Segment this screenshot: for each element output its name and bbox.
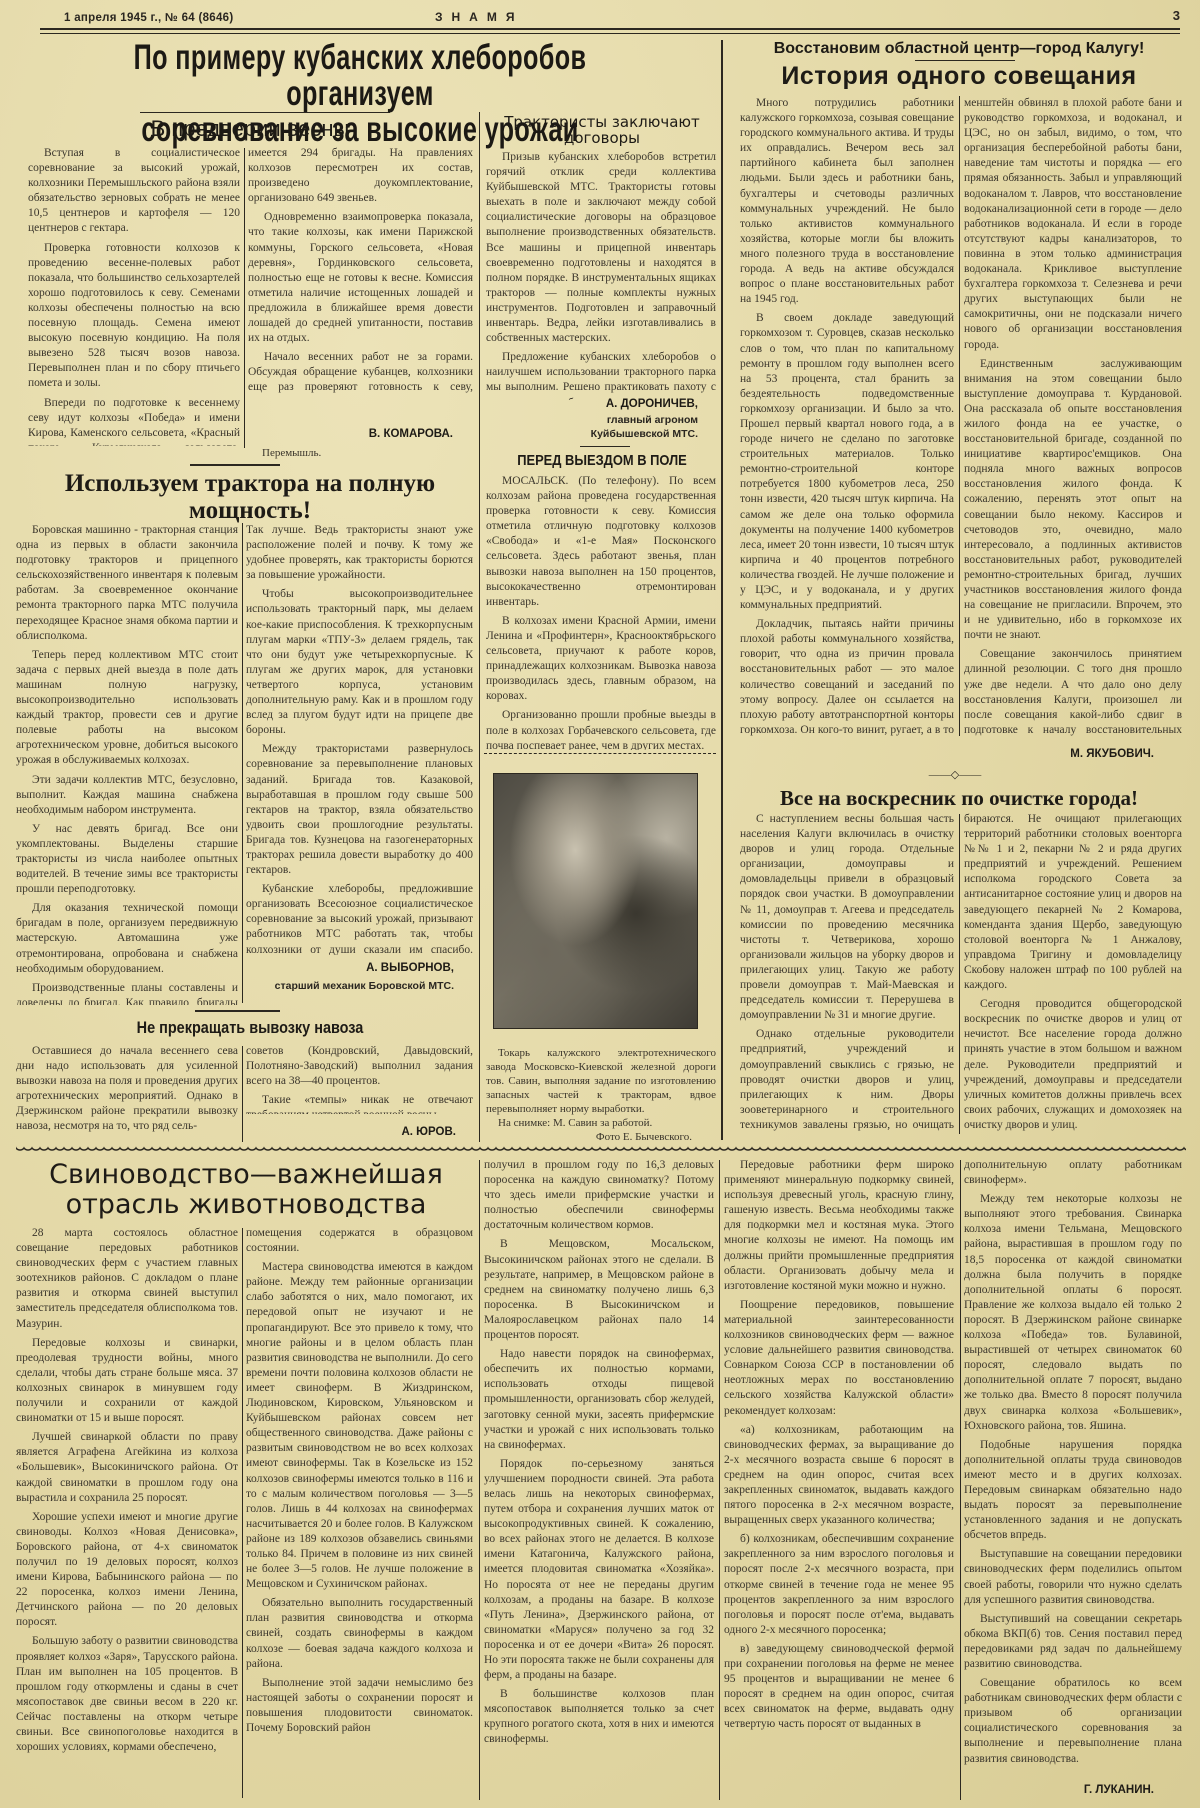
article-tractors-title-line1: Используем трактора на полную — [20, 470, 480, 497]
ornament-separator: ——◇—— — [890, 770, 1020, 780]
photo-lathe-operator — [493, 773, 698, 1029]
article-before-field-title: ПЕРЕД ВЫЕЗДОМ В ПОЛЕ — [501, 452, 704, 469]
paragraph: Мастера свиноводства имеются в каждом ра… — [246, 1260, 473, 1592]
article-tractorists-title: Трактористы заключают договоры — [484, 114, 720, 146]
paragraph: имеется 294 бригады. На правлениях колхо… — [248, 146, 473, 206]
photo-caption: Токарь калужского электротехнического за… — [486, 1046, 716, 1144]
paragraph: Между трактористами развернулось соревно… — [246, 742, 473, 878]
paragraph: Много потрудились работники калужского г… — [740, 96, 954, 307]
paragraph: У нас девять бригад. Все они укомплектов… — [16, 822, 238, 897]
article-cleanup-title: Все на воскресник по очистке города! — [724, 786, 1194, 811]
column-divider — [479, 1160, 480, 1800]
article-cleanup-col1: С наступлением весны большая часть насел… — [740, 812, 954, 1136]
column-divider — [244, 148, 245, 448]
article-kaluga-col1: Много потрудились работники калужского г… — [740, 96, 954, 736]
column-divider — [960, 1160, 961, 1800]
article-manure-col2: советов (Кондровский, Давыдовский, Полот… — [246, 1044, 473, 1114]
article-kaluga-title: История одного совещания — [724, 62, 1194, 91]
paragraph: Эти задачи коллектив МТС, безусловно, вы… — [16, 773, 238, 818]
article-spring-title: В предверии весны — [20, 116, 480, 142]
paragraph: Выступивший на совещании секретарь обком… — [964, 1612, 1182, 1672]
paragraph: В большинстве колхозов план мясопоставок… — [484, 1687, 714, 1747]
article-kaluga-col2: менштейн обвинял в плохой работе бани и … — [964, 96, 1182, 736]
article-tractorists-signature-title2: Куйбышевской МТС. — [486, 428, 698, 440]
paragraph: Надо навести порядок на свинофермах, обе… — [484, 1347, 714, 1453]
article-kaluga-signature: М. ЯКУБОВИЧ. — [964, 748, 1154, 760]
article-pigs-title-line2: отрасль животноводства — [16, 1190, 476, 1220]
paragraph: Такие «темпы» никак не отвечают требован… — [246, 1093, 473, 1114]
paragraph: Предложение кубанских хлеборобов о наилу… — [486, 350, 716, 400]
separator — [484, 753, 716, 754]
paragraph: Организованно прошли пробные выезды в по… — [486, 708, 716, 750]
article-spring-place: Перемышль. — [262, 447, 321, 459]
article-tractors-title: Используем трактора на полную мощность! — [20, 470, 480, 524]
masthead: 1 апреля 1945 г., № 64 (8646) ЗНАМЯ 3 — [40, 6, 1180, 28]
article-pigs-col4: Передовые работники ферм широко применяю… — [724, 1158, 954, 1808]
paragraph: Докладчик, пытаясь найти причины плохой … — [740, 617, 954, 736]
paragraph: Впереди по подготовке к весеннему севу и… — [28, 396, 240, 447]
article-kaluga-kicker: Восстановим областной центр—город Калугу… — [724, 40, 1194, 58]
paragraph: Чтобы высокопроизводительнее использоват… — [246, 587, 473, 738]
paragraph: Так лучше. Ведь трактористы знают уже ра… — [246, 523, 473, 583]
column-divider — [242, 1046, 243, 1142]
article-pigs-col5: дополнительную оплату работникам свинофе… — [964, 1158, 1182, 1774]
column-divider — [242, 523, 243, 1003]
article-tractorists-signature-title1: главный агроном — [486, 414, 698, 426]
article-tractors-signature: А. ВЫБОРНОВ, — [246, 962, 454, 974]
paragraph: В своем докладе заведующий горкомхозом т… — [740, 311, 954, 613]
separator — [195, 1010, 280, 1012]
column-divider — [959, 96, 960, 736]
column-divider — [721, 40, 723, 1140]
article-tractors-col2: Так лучше. Ведь трактористы знают уже ра… — [246, 523, 473, 955]
paragraph: в) заведующему свиноводческой фермой при… — [724, 1642, 954, 1733]
paragraph: получил в прошлом году по 16,3 деловых п… — [484, 1158, 714, 1233]
separator — [580, 446, 630, 447]
paragraph: Передовые работники ферм широко применяю… — [724, 1158, 954, 1294]
paragraph: Однако отдельные руководители предприяти… — [740, 1027, 954, 1136]
paragraph: Сегодня проводится общегородской воскрес… — [964, 997, 1182, 1133]
paragraph: Единственным заслуживающим внимания на э… — [964, 357, 1182, 644]
column-divider — [479, 112, 480, 1142]
paragraph: Хорошие успехи имеют и многие другие сви… — [16, 1510, 238, 1631]
paragraph: Проверка готовности колхозов к проведени… — [28, 241, 240, 392]
paragraph: Теперь перед коллективом МТС стоит задач… — [16, 648, 238, 769]
photo-credit: Фото Е. Бычевского. — [486, 1130, 716, 1144]
paragraph: Выступавшие на совещании передовики свин… — [964, 1547, 1182, 1607]
article-pigs-title-line1: Свиноводство—важнейшая — [16, 1160, 476, 1190]
main-headline-line1: По примеру кубанских хлеборобов организу… — [115, 40, 605, 112]
article-spring-col1: Вступая в социалистическое соревнование … — [28, 146, 240, 446]
kicker-underline — [915, 60, 1015, 61]
article-tractors-title-line2: мощность! — [20, 497, 480, 524]
article-tractorists-signature: А. ДОРОНИЧЕВ, — [486, 398, 698, 410]
paragraph: Кубанские хлеборобы, предложившие органи… — [246, 882, 473, 955]
article-before-field-body: МОСАЛЬСК. (По телефону). По всем колхоза… — [486, 474, 716, 750]
paragraph: Производственные планы составлены и дове… — [16, 981, 238, 1005]
paragraph: Большую заботу о развитии свиноводства п… — [16, 1634, 238, 1755]
article-cleanup-col2: бираются. Не очищают прилегающих террито… — [964, 812, 1182, 1136]
article-manure-col1: Оставшиеся до начала весеннего сева дни … — [16, 1044, 238, 1144]
separator — [190, 464, 280, 466]
paragraph: 28 марта состоялось областное совещание … — [16, 1226, 238, 1332]
article-tractors-col1: Боровская машинно - тракторная станция о… — [16, 523, 238, 1005]
article-pigs-signature: Г. ЛУКАНИН. — [964, 1784, 1154, 1796]
paragraph: помещения содержатся в образцовом состоя… — [246, 1226, 473, 1256]
paragraph: Совещание обратилось ко всем работникам … — [964, 1676, 1182, 1767]
article-pigs-col1: 28 марта состоялось областное совещание … — [16, 1226, 238, 1808]
paragraph: Одновременно взаимопроверка показала, чт… — [248, 210, 473, 346]
newspaper-name: ЗНАМЯ — [435, 10, 523, 24]
paragraph: менштейн обвинял в плохой работе бани и … — [964, 96, 1182, 353]
paragraph: «а) колхозникам, работающим на свиноводч… — [724, 1423, 954, 1529]
masthead-rule-thin — [40, 33, 1180, 34]
article-pigs-col2: помещения содержатся в образцовом состоя… — [246, 1226, 473, 1808]
paragraph: С наступлением весны большая часть насел… — [740, 812, 954, 1023]
column-divider — [959, 814, 960, 1134]
paragraph: В Мещовском, Мосальском, Высокиничском р… — [484, 1237, 714, 1343]
paragraph: Для оказания технической помощи бригадам… — [16, 901, 238, 976]
article-manure-signature: А. ЮРОВ. — [246, 1126, 456, 1138]
paragraph: Вступая в социалистическое соревнование … — [28, 146, 240, 237]
article-tractorists-title-line2: договоры — [484, 130, 720, 146]
paragraph: Выполнение этой задачи немыслимо без нас… — [246, 1676, 473, 1736]
column-divider — [242, 1228, 243, 1798]
photo-on-photo: На снимке: М. Савин за работой. — [486, 1116, 716, 1130]
paragraph: дополнительную оплату работникам свинофе… — [964, 1158, 1182, 1188]
paragraph: Оставшиеся до начала весеннего сева дни … — [16, 1044, 238, 1135]
paragraph: б) колхозникам, обеспечившим сохранение … — [724, 1532, 954, 1638]
article-pigs-title: Свиноводство—важнейшая отрасль животново… — [16, 1160, 476, 1220]
paragraph: Поощрение передовиков, повышение материа… — [724, 1298, 954, 1419]
article-tractorists-body: Призыв кубанских хлеборобов встретил гор… — [486, 150, 716, 400]
paragraph: Подобные нарушения порядка дополнительно… — [964, 1438, 1182, 1544]
paragraph: Обязательно выполнить государственный пл… — [246, 1596, 473, 1671]
paragraph: В колхозах имени Красной Армии, имени Ле… — [486, 614, 716, 705]
paragraph: Порядок по-серьезному заняться улучшение… — [484, 1457, 714, 1683]
paragraph: советов (Кондровский, Давыдовский, Полот… — [246, 1044, 473, 1089]
page-number: 3 — [1173, 8, 1180, 23]
paragraph: Боровская машинно - тракторная станция о… — [16, 523, 238, 644]
paragraph: Лучшей свинаркой области по праву являет… — [16, 1430, 238, 1505]
masthead-rule — [40, 28, 1180, 30]
paragraph: Между тем некоторые колхозы не выполняют… — [964, 1192, 1182, 1434]
headline-underline — [140, 112, 390, 113]
article-spring-col2: имеется 294 бригады. На правлениях колхо… — [248, 146, 473, 394]
paragraph: МОСАЛЬСК. (По телефону). По всем колхоза… — [486, 474, 716, 610]
article-manure-title: Не прекращать вывозку навоза — [55, 1018, 446, 1038]
column-divider — [719, 1160, 720, 1800]
article-spring-signature: В. КОМАРОВА. — [248, 428, 453, 440]
paragraph: Начало весенних работ не за горами. Обсу… — [248, 350, 473, 394]
article-pigs-col3: получил в прошлом году по 16,3 деловых п… — [484, 1158, 714, 1808]
issue-date: 1 апреля 1945 г., № 64 (8646) — [64, 12, 234, 24]
paragraph: бираются. Не очищают прилегающих террито… — [964, 812, 1182, 993]
paragraph: Совещание закончилось принятием длинной … — [964, 647, 1182, 736]
article-tractors-signature-title: старший механик Боровской МТС. — [246, 980, 454, 992]
article-tractorists-title-line1: Трактористы заключают — [484, 114, 720, 130]
paragraph: Призыв кубанских хлеборобов встретил гор… — [486, 150, 716, 346]
paragraph: Передовые колхозы и свинарки, преодолева… — [16, 1336, 238, 1427]
wavy-rule — [16, 1146, 1186, 1154]
photo-caption-text: Токарь калужского электротехнического за… — [486, 1046, 716, 1116]
